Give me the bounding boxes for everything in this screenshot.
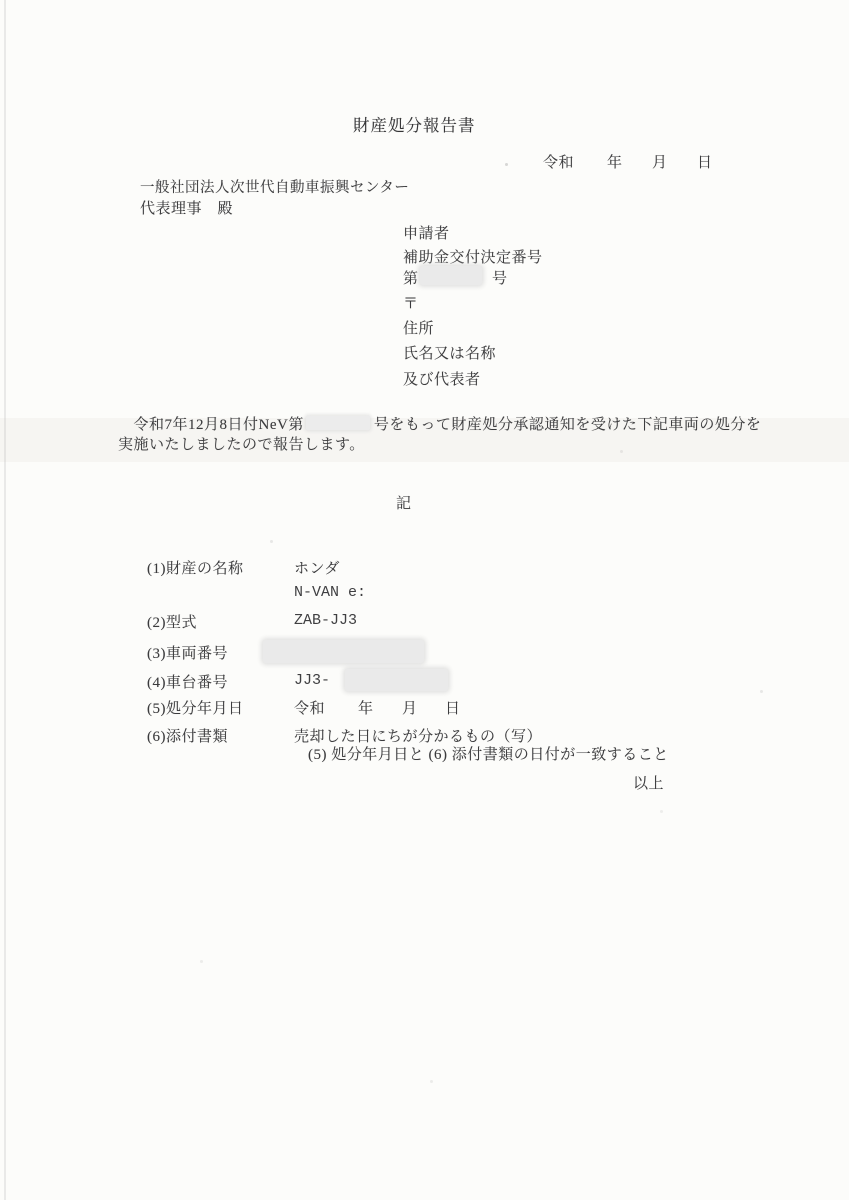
addressee-role-line: 代表理事 殿 [140,197,233,218]
disposal-date-year: 年 [358,697,374,718]
date-year-label: 年 [607,151,623,172]
body-paragraph: 令和7年12月8日付NeV第号をもって財産処分承認通知を受けた下記車両の処分を … [118,416,768,455]
item-1-value-line2: N-VAN e: [294,584,366,601]
applicant-label: 申請者 [403,222,450,243]
disposal-date-era: 令和 [294,697,325,718]
grant-number-label: 補助金交付決定番号 [403,246,543,267]
item-3-label: (3)車両番号 [147,642,228,663]
redacted-vehicle-number [263,640,424,663]
addressee-organization: 一般社団法人次世代自動車振興センター [140,176,409,197]
scan-edge-artifact [4,0,6,1200]
header-date-line: 令和 年 月 日 [543,151,718,171]
grant-number-suffix: 号 [492,267,508,288]
scan-speck-artifacts [505,163,508,166]
disposal-date-day: 日 [445,697,461,718]
item-6-label: (6)添付書類 [147,725,228,746]
redacted-approval-number [306,416,370,430]
item-5-value-date: 令和 年 月 日 [294,697,474,717]
name-label: 氏名又は名称 [403,342,496,363]
item-4-label: (4)車台番号 [147,671,228,692]
ki-marker: 記 [396,492,412,513]
document-title: 財産処分報告書 [353,112,476,136]
body-line-2: 実施いたしましたので報告します。 [118,436,768,456]
representative-label: 及び代表者 [403,368,481,389]
body-line-1-before: 令和7年12月8日付NeV第 [118,417,304,433]
scanned-document-page: 財産処分報告書 令和 年 月 日 一般社団法人次世代自動車振興センター 代表理事… [0,0,849,1200]
date-month-label: 月 [652,151,668,172]
item-5-label: (5)処分年月日 [147,697,244,718]
item-2-value: ZAB-JJ3 [294,612,357,629]
disposal-date-month: 月 [402,697,418,718]
grant-number-prefix: 第 [403,267,419,288]
redacted-grant-number [420,266,482,285]
redacted-chassis-number [345,669,448,691]
item-4-value-prefix: JJ3- [294,672,330,689]
body-line-1-after: 号をもって財産処分承認通知を受けた下記車両の処分を [374,417,762,433]
postal-mark: 〒 [403,292,419,313]
closing-label: 以上 [633,772,664,793]
item-6-value-line2: (5) 処分年月日と (6) 添付書類の日付が一致すること [308,743,669,764]
item-1-label: (1)財産の名称 [147,557,244,578]
date-era-label: 令和 [543,151,574,172]
item-2-label: (2)型式 [147,611,197,632]
item-1-value: ホンダ [294,557,340,578]
date-day-label: 日 [697,151,713,172]
address-label: 住所 [403,317,434,338]
body-line-1: 令和7年12月8日付NeV第号をもって財産処分承認通知を受けた下記車両の処分を [118,416,768,436]
